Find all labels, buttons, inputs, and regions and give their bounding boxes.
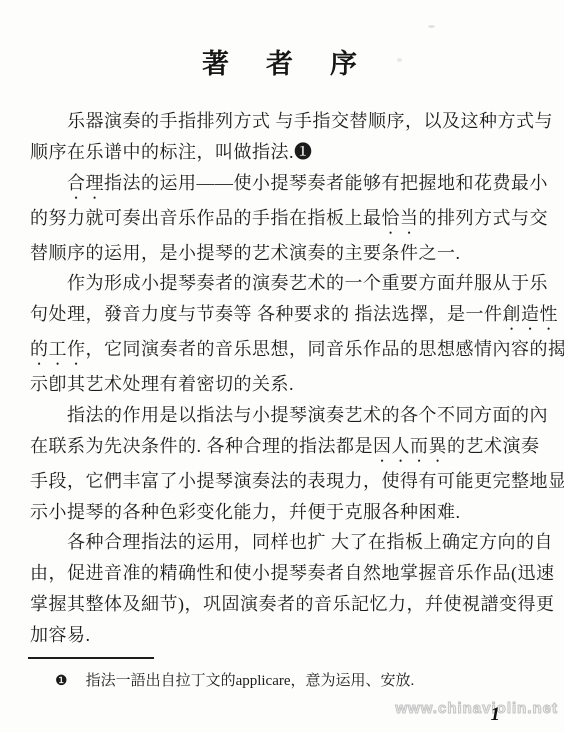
text-segment: 在联系为先决条件的. 各种合理的指法都是 <box>30 436 373 456</box>
paragraph: 合理指法的运用——使小提琴奏者能够有把握地和花费最小的努力就可奏出音乐作品的手指… <box>30 168 539 269</box>
emphasized-text: 因人而異 <box>373 436 447 456</box>
text-segment: ❶ <box>294 142 313 162</box>
text-segment: 作为形成小提琴奏者的演奏艺术的一个重要方面幷服从于乐 <box>67 273 548 293</box>
text-line: 乐器演奏的手指排列方式 与手指交替顺序，以及这种方式与 <box>30 106 539 137</box>
text-line: 指法的作用是以指法与小提琴演奏艺术的各个不同方面的內 <box>30 400 539 431</box>
text-line: 的努力就可奏出音乐作品的手指在指板上最恰当的排列方式与交 <box>30 203 539 238</box>
scan-speck <box>397 58 402 62</box>
text-segment: 掌握其整体及細节)，巩固演奏者的音乐記忆力，幷使視譜变得更 <box>30 594 555 614</box>
watermark-text: www.chinaviolin.net <box>395 700 558 717</box>
text-segment: 指法的运用——使小提琴奏者能够有把握地和花费最小 <box>104 173 548 193</box>
emphasized-text: 合理 <box>67 173 104 193</box>
scan-speck <box>428 25 435 28</box>
text-line: 替顺序的运用，是小提琴的艺术演奏的主要条件之一. <box>30 238 539 269</box>
text-line: 掌握其整体及細节)，巩固演奏者的音乐記忆力，幷使視譜变得更 <box>30 589 539 620</box>
text-line: 示小提琴的各种色彩变化能力，幷便于克服各种困难. <box>30 497 539 528</box>
text-segment: 顺序在乐谱中的标注，叫做指法. <box>30 142 294 162</box>
text-line: 在联系为先决条件的. 各种合理的指法都是因人而異的艺术演奏 <box>30 431 539 466</box>
text-segment: 由，促进音准的精确性和使小提琴奏者自然地掌握音乐作品(迅速 <box>30 563 555 583</box>
footnote-separator <box>28 657 154 659</box>
paragraph: 各种合理指法的运用，同样也扩 大了在指板上确定方向的自由，促进音准的精确性和使小… <box>30 527 539 650</box>
text-segment: 替顺序的运用，是小提琴的艺术演奏的主要条件之一. <box>30 243 461 263</box>
text-line: 的工作，它同演奏者的音乐思想，同音乐作品的思想感情內容的揭 <box>30 334 539 369</box>
footnote-marker-icon: ❶ <box>55 674 68 689</box>
text-segment: 句处理，發音力度与节奏等 各种要求的 指法选擇，是一件 <box>30 304 503 324</box>
text-line: 合理指法的运用——使小提琴奏者能够有把握地和花费最小 <box>30 168 539 203</box>
emphasized-text: 創造性 <box>503 304 559 324</box>
text-segment: 乐器演奏的手指排列方式 与手指交替顺序，以及这种方式与 <box>67 111 553 131</box>
text-segment: 手段，它們丰富了小提琴演奏法的表現力，使得有可能更完整地显 <box>30 471 564 491</box>
watermark: www.chinaviolin.net 1 <box>395 700 558 724</box>
page-title: 著 者 序 <box>0 42 564 81</box>
text-line: 作为形成小提琴奏者的演奏艺术的一个重要方面幷服从于乐 <box>30 268 539 299</box>
text-line: 由，促进音准的精确性和使小提琴奏者自然地掌握音乐作品(迅速 <box>30 558 539 589</box>
text-segment: 示卽其艺术处理有着密切的关系. <box>30 374 294 394</box>
paragraph: 乐器演奏的手指排列方式 与手指交替顺序，以及这种方式与顺序在乐谱中的标注，叫做指… <box>30 106 539 168</box>
footnote: ❶指法一語出自拉丁文的applicare，意为运用、安放. <box>55 671 539 692</box>
paragraph: 指法的作用是以指法与小提琴演奏艺术的各个不同方面的內在联系为先决条件的. 各种合… <box>30 400 539 527</box>
paragraph: 作为形成小提琴奏者的演奏艺术的一个重要方面幷服从于乐句处理，發音力度与节奏等 各… <box>30 268 539 400</box>
text-line: 加容易. <box>30 620 539 651</box>
text-segment: ，它同演奏者的音乐思想，同音乐作品的思想感情內容的揭 <box>86 339 564 359</box>
page-number: 1 <box>491 704 501 726</box>
text-segment: 的艺术演奏 <box>447 436 540 456</box>
text-line: 手段，它們丰富了小提琴演奏法的表現力，使得有可能更完整地显 <box>30 466 539 497</box>
book-page: 著 者 序 乐器演奏的手指排列方式 与手指交替顺序，以及这种方式与顺序在乐谱中的… <box>0 0 564 732</box>
preface-body: 乐器演奏的手指排列方式 与手指交替顺序，以及这种方式与顺序在乐谱中的标注，叫做指… <box>30 106 539 651</box>
text-segment: 指法的作用是以指法与小提琴演奏艺术的各个不同方面的內 <box>67 405 548 425</box>
text-segment: 的努力就可奏出音乐作品的手指在指板上最 <box>30 208 382 228</box>
footnote-text: 指法一語出自拉丁文的applicare，意为运用、安放. <box>86 673 415 689</box>
text-segment: 加容易. <box>30 625 91 645</box>
text-line: 各种合理指法的运用，同样也扩 大了在指板上确定方向的自 <box>30 527 539 558</box>
text-line: 顺序在乐谱中的标注，叫做指法.❶ <box>30 137 539 168</box>
text-segment: 的排列方式与交 <box>419 208 549 228</box>
emphasized-text: 的工作 <box>30 339 86 359</box>
text-line: 句处理，發音力度与节奏等 各种要求的 指法选擇，是一件創造性 <box>30 299 539 334</box>
text-line: 示卽其艺术处理有着密切的关系. <box>30 369 539 400</box>
text-segment: 各种合理指法的运用，同样也扩 大了在指板上确定方向的自 <box>67 532 553 552</box>
emphasized-text: 恰当 <box>382 208 419 228</box>
text-segment: 示小提琴的各种色彩变化能力，幷便于克服各种困难. <box>30 502 461 522</box>
